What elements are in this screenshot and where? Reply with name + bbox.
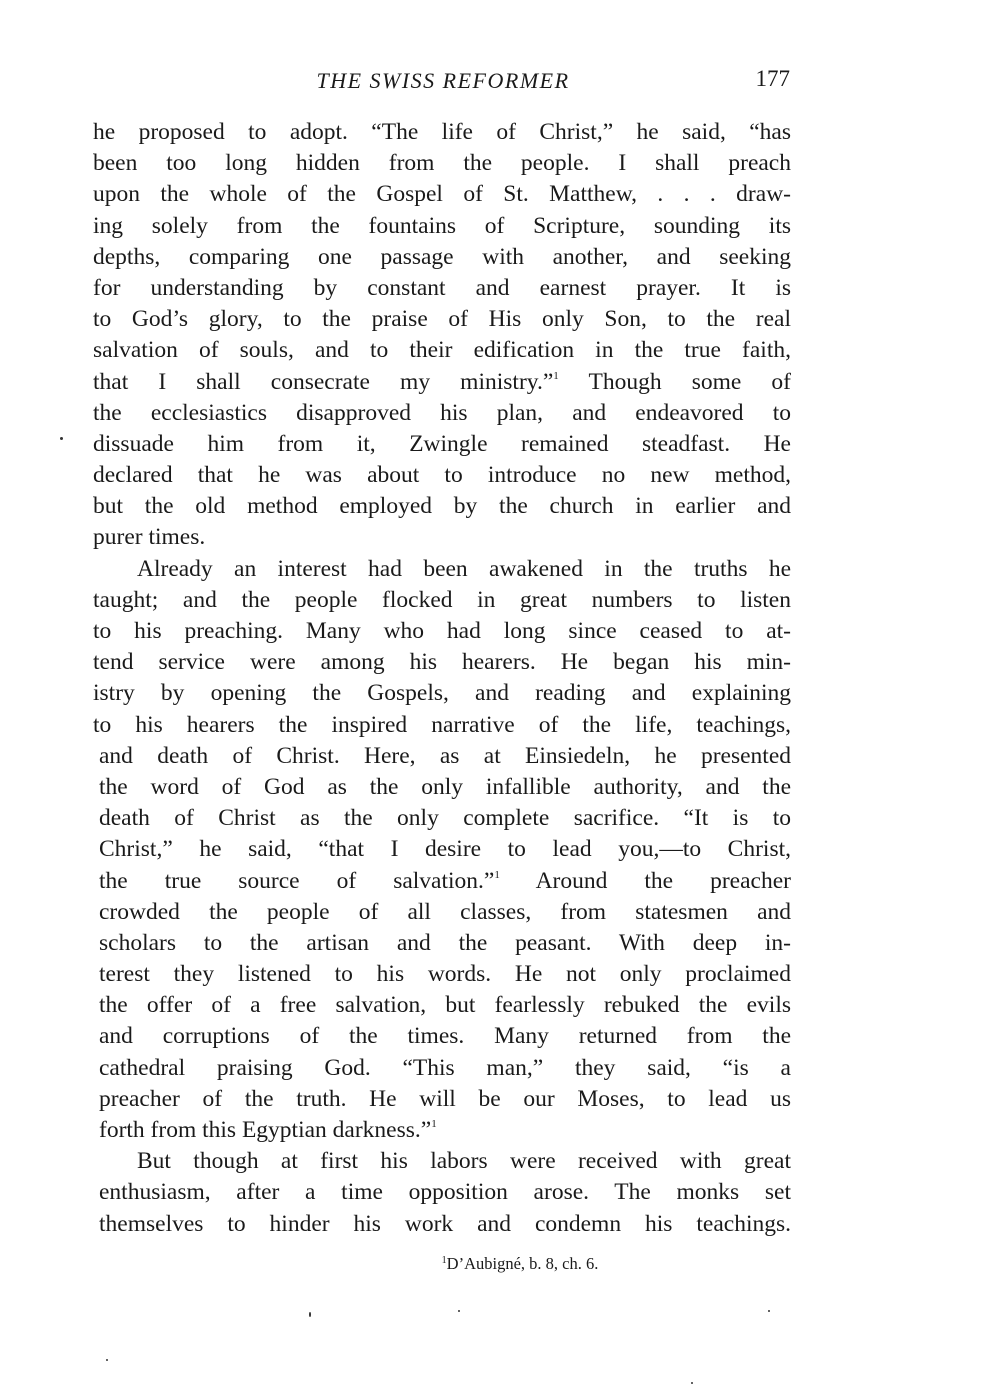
text-line: declared that he was about to introduce … xyxy=(93,460,791,491)
footnote-text: D’Aubigné, b. 8, ch. 6. xyxy=(447,1254,599,1273)
scan-speck xyxy=(60,437,63,440)
text-line: to his hearers the inspired narrative of… xyxy=(93,710,791,741)
text-line: purer times. xyxy=(93,522,791,553)
text-line: taught; and the people flocked in great … xyxy=(93,585,791,616)
text-line: enthusiasm, after a time opposition aros… xyxy=(93,1177,791,1208)
text-line-with-footnote: that I shall consecrate my ministry.”1 T… xyxy=(93,367,791,398)
scan-speck xyxy=(106,1359,108,1361)
footnote-marker: 1 xyxy=(431,1118,437,1130)
page-number: 177 xyxy=(756,66,791,92)
text-line: preacher of the truth. He will be our Mo… xyxy=(93,1084,791,1115)
text-line-head: forth from this Egyptian darkness.” xyxy=(99,1117,431,1143)
body-text: he proposed to adopt. “The life of Chris… xyxy=(93,117,791,1240)
text-line: salvation of souls, and to their edifica… xyxy=(93,335,791,366)
text-line: terest they listened to his words. He no… xyxy=(93,959,791,990)
text-line: cathedral praising God. “This man,” they… xyxy=(93,1053,791,1084)
text-line: and death of Christ. Here, as at Einsied… xyxy=(93,741,791,772)
text-line: the word of God as the only infallible a… xyxy=(93,772,791,803)
text-line: istry by opening the Gospels, and readin… xyxy=(93,678,791,709)
text-line-head: that I shall consecrate my ministry.” xyxy=(93,369,553,395)
text-line: upon the whole of the Gospel of St. Matt… xyxy=(93,179,791,210)
scan-speck xyxy=(309,1312,311,1317)
text-line-paragraph-start: Already an interest had been awakened in… xyxy=(93,554,791,585)
text-line: themselves to hinder his work and condem… xyxy=(93,1209,791,1240)
text-line: the ecclesiastics disapproved his plan, … xyxy=(93,398,791,429)
text-line: to his preaching. Many who had long sinc… xyxy=(93,616,791,647)
text-line: to God’s glory, to the praise of His onl… xyxy=(93,304,791,335)
text-line: Christ,” he said, “that I desire to lead… xyxy=(93,834,791,865)
text-line: for understanding by constant and earnes… xyxy=(93,273,791,304)
text-line-tail: Though some of xyxy=(559,369,791,395)
running-title: THE SWISS REFORMER xyxy=(96,68,790,94)
text-line: scholars to the artisan and the peasant.… xyxy=(93,928,791,959)
text-line: been too long hidden from the people. I … xyxy=(93,148,791,179)
scan-speck xyxy=(458,1310,460,1312)
book-page: THE SWISS REFORMER 177 he proposed to ad… xyxy=(0,0,1000,1399)
footnote: 1D’Aubigné, b. 8, ch. 6. xyxy=(0,1254,1000,1274)
text-line: death of Christ as the only complete sac… xyxy=(93,803,791,834)
text-line: dissuade him from it, Zwingle remained s… xyxy=(93,429,791,460)
scan-speck xyxy=(691,1382,693,1384)
text-line: but the old method employed by the churc… xyxy=(93,491,791,522)
text-line-with-footnote: the true source of salvation.”1 Around t… xyxy=(93,866,791,897)
text-line: he proposed to adopt. “The life of Chris… xyxy=(93,117,791,148)
text-line-tail: Around the preacher xyxy=(500,868,791,894)
running-head: THE SWISS REFORMER 177 xyxy=(96,64,790,98)
text-line: ing solely from the fountains of Scriptu… xyxy=(93,211,791,242)
text-line-paragraph-start: But though at first his labors were rece… xyxy=(93,1146,791,1177)
text-line-with-footnote: forth from this Egyptian darkness.”1 xyxy=(93,1115,791,1146)
text-line: and corruptions of the times. Many retur… xyxy=(93,1021,791,1052)
text-line: tend service were among his hearers. He … xyxy=(93,647,791,678)
scan-speck xyxy=(768,1310,770,1312)
text-line: depths, comparing one passage with anoth… xyxy=(93,242,791,273)
text-line: crowded the people of all classes, from … xyxy=(93,897,791,928)
text-line: the offer of a free salvation, but fearl… xyxy=(93,990,791,1021)
text-line-head: the true source of salvation.” xyxy=(99,868,494,894)
